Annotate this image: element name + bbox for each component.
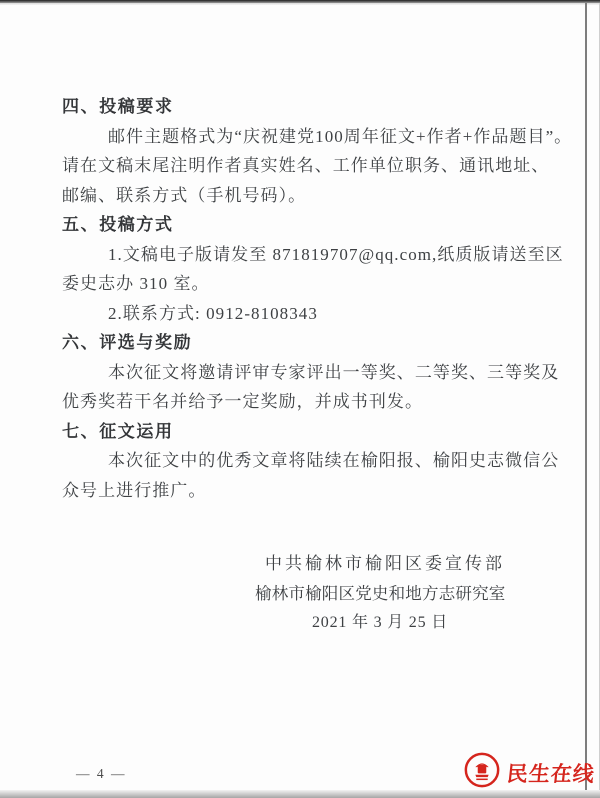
minsheng-online-watermark: 民生在线 bbox=[463, 751, 595, 794]
scan-edge-right bbox=[585, 3, 587, 791]
signature-block: 中共榆林市榆阳区委宣传部 榆林市榆阳区党史和地方志研究室 2021 年 3 月 … bbox=[255, 549, 505, 638]
signature-date: 2021 年 3 月 25 日 bbox=[255, 608, 505, 638]
document-body: 四、投稿要求 邮件主题格式为“庆祝建党100周年征文+作者+作品题目”。 请在文… bbox=[62, 92, 548, 505]
scanned-document-page: 四、投稿要求 邮件主题格式为“庆祝建党100周年征文+作者+作品题目”。 请在文… bbox=[0, 0, 600, 798]
signature-org-1: 中共榆林市榆阳区委宣传部 bbox=[255, 549, 505, 579]
section-6-line-1: 本次征文将邀请评审专家评出一等奖、二等奖、三等奖及 bbox=[62, 358, 548, 388]
watermark-logo-text: 民生在线 bbox=[505, 758, 596, 788]
minsheng-emblem-icon bbox=[463, 751, 501, 794]
section-4-heading: 四、投稿要求 bbox=[62, 92, 548, 122]
section-5-line-1: 1.文稿电子版请发至 871819707@qq.com,纸质版请送至区 bbox=[62, 240, 548, 270]
section-5-line-2: 委史志办 310 室。 bbox=[62, 269, 548, 299]
section-5-heading: 五、投稿方式 bbox=[62, 210, 548, 240]
section-4-line-3: 邮编、联系方式（手机号码）。 bbox=[62, 181, 548, 211]
section-7-heading: 七、征文运用 bbox=[62, 417, 548, 447]
section-6-heading: 六、评选与奖励 bbox=[62, 328, 548, 358]
section-6-line-2: 优秀奖若干名并给予一定奖励，并成书刊发。 bbox=[62, 387, 548, 417]
section-7-line-2: 众号上进行推广。 bbox=[62, 476, 548, 506]
page-number: — 4 — bbox=[76, 766, 127, 782]
section-4-line-1: 邮件主题格式为“庆祝建党100周年征文+作者+作品题目”。 bbox=[62, 122, 548, 152]
signature-org-2: 榆林市榆阳区党史和地方志研究室 bbox=[255, 579, 505, 609]
section-7-line-1: 本次征文中的优秀文章将陆续在榆阳报、榆阳史志微信公 bbox=[62, 446, 548, 476]
section-4-line-2: 请在文稿末尾注明作者真实姓名、工作单位职务、通讯地址、 bbox=[62, 151, 548, 181]
scan-edge-top-shadow bbox=[0, 3, 600, 5]
section-5-line-3: 2.联系方式: 0912-8108343 bbox=[62, 299, 548, 329]
